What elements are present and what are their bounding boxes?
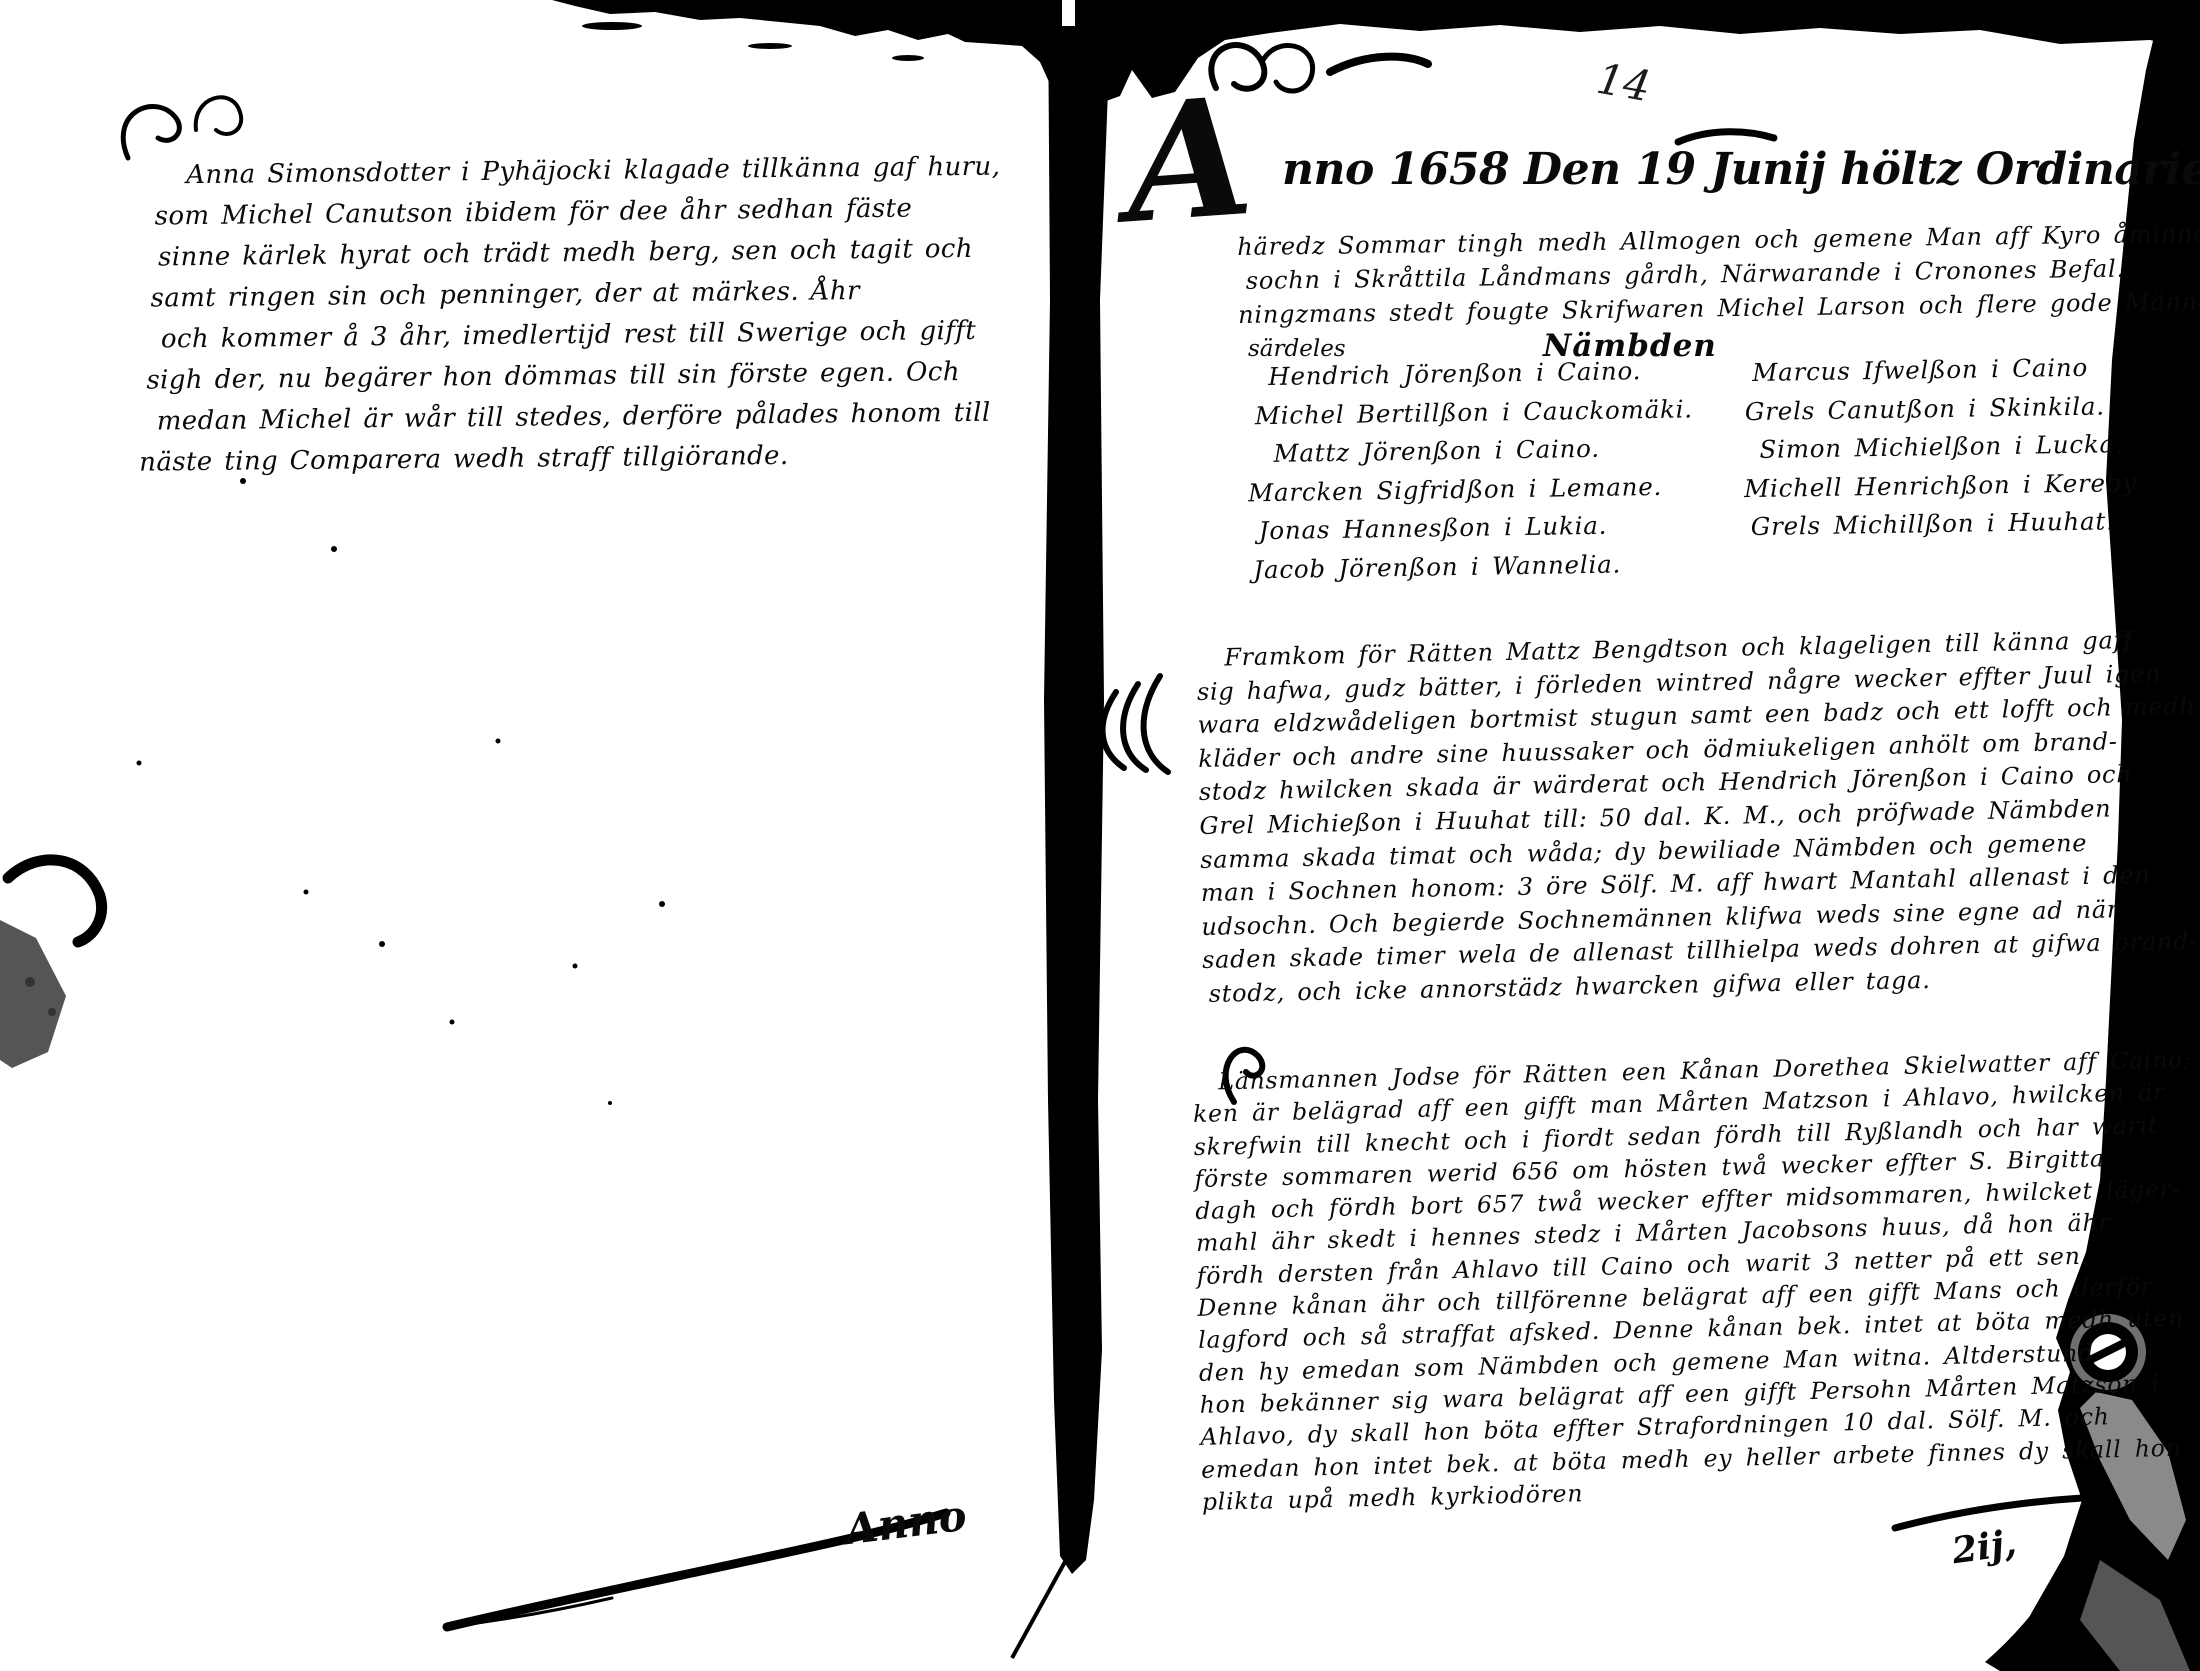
- heading-overline-flourish: [1678, 132, 1774, 142]
- entry-heading: nno 1658 Den 19 Junij höltz Ordinarie La…: [1282, 144, 2200, 195]
- intro-paragraph: häredz Sommar tingh medh Allmogen och ge…: [1237, 217, 2138, 332]
- dust-specks: [137, 478, 666, 1105]
- jury-name: Marcken Sigfridßon i Lemane.: [1248, 467, 1695, 513]
- decorative-initial: A: [1121, 76, 1258, 246]
- left-clasp-strap: [0, 920, 66, 1068]
- jury-name: Grels Michillßon i Huuhat.: [1750, 502, 2137, 547]
- case-paragraph-lagersmal: Länsmannen Jodse för Rätten een Kånan Do…: [1192, 1044, 2177, 1518]
- jury-column-left: Hendrich Jörenßon i Caino. Michel Bertil…: [1268, 351, 1696, 589]
- jury-name: Grels Canutßon i Skinkila.: [1745, 386, 2136, 431]
- top-edge-streak: [892, 55, 924, 61]
- jury-name: Michell Henrichßon i Kereby: [1744, 463, 2137, 508]
- manuscript-line: medan Michel är wår till stedes, derföre…: [157, 394, 847, 442]
- manuscript-line: som Michel Canutson ibidem för dee åhr s…: [154, 189, 844, 237]
- left-paragraph: Anna Simonsdotter i Pyhäjocki klagade ti…: [104, 148, 847, 484]
- jury-name: Michel Bertillßon i Cauckomäki.: [1255, 390, 1694, 435]
- manuscript-line: sinne kärlek hyrat och trädt medh berg, …: [158, 230, 845, 278]
- case-paragraph-brandstod: Framkom för Rätten Mattz Bengdtson och k…: [1196, 624, 2163, 1012]
- end-flourish-underline: [1895, 1498, 2082, 1528]
- manuscript-line: samt ringen sin och penninger, der at mä…: [150, 271, 845, 319]
- folio-number: 14: [1593, 54, 1654, 112]
- book-scan: Anna Simonsdotter i Pyhäjocki klagade ti…: [0, 0, 2200, 1671]
- top-edge-streak: [582, 22, 642, 30]
- top-edge-streak: [748, 43, 792, 49]
- jury-name: Marcus Ifwelßon i Caino: [1752, 348, 2135, 393]
- binding-gutter: [1044, 0, 1112, 1574]
- gutter-tail: [1012, 1560, 1066, 1658]
- manuscript-line: näste ting Comparera wedh straff tillgiö…: [139, 435, 847, 483]
- manuscript-line: Anna Simonsdotter i Pyhäjocki klagade ti…: [186, 148, 844, 196]
- left-clasp-speck: [25, 977, 35, 987]
- jury-name: Simon Michielßon i Lucka.: [1759, 425, 2136, 469]
- left-clasp-speck: [48, 1008, 56, 1016]
- manuscript-line: och kommer å 3 åhr, imedlertijd rest til…: [161, 312, 846, 360]
- jury-name: Mattz Jörenßon i Caino.: [1273, 428, 1694, 473]
- jury-column-right: Marcus Ifwelßon i Caino Grels Canutßon i…: [1752, 348, 2138, 546]
- jury-name: Jacob Jörenßon i Wannelia.: [1253, 544, 1696, 589]
- manuscript-line: sigh der, nu begärer hon dömmas till sin…: [146, 353, 846, 401]
- jury-name: Hendrich Jörenßon i Caino.: [1268, 351, 1693, 396]
- marginal-initial-flourish: [1103, 676, 1168, 772]
- left-clasp-hook: [8, 860, 102, 942]
- top-edge-shadow: [552, 0, 2200, 104]
- left-paragraph-initial-flourish: [123, 97, 241, 158]
- page-end-mark: 2ij,: [1949, 1522, 2019, 1573]
- gutter-slit-highlight: [1062, 0, 1075, 26]
